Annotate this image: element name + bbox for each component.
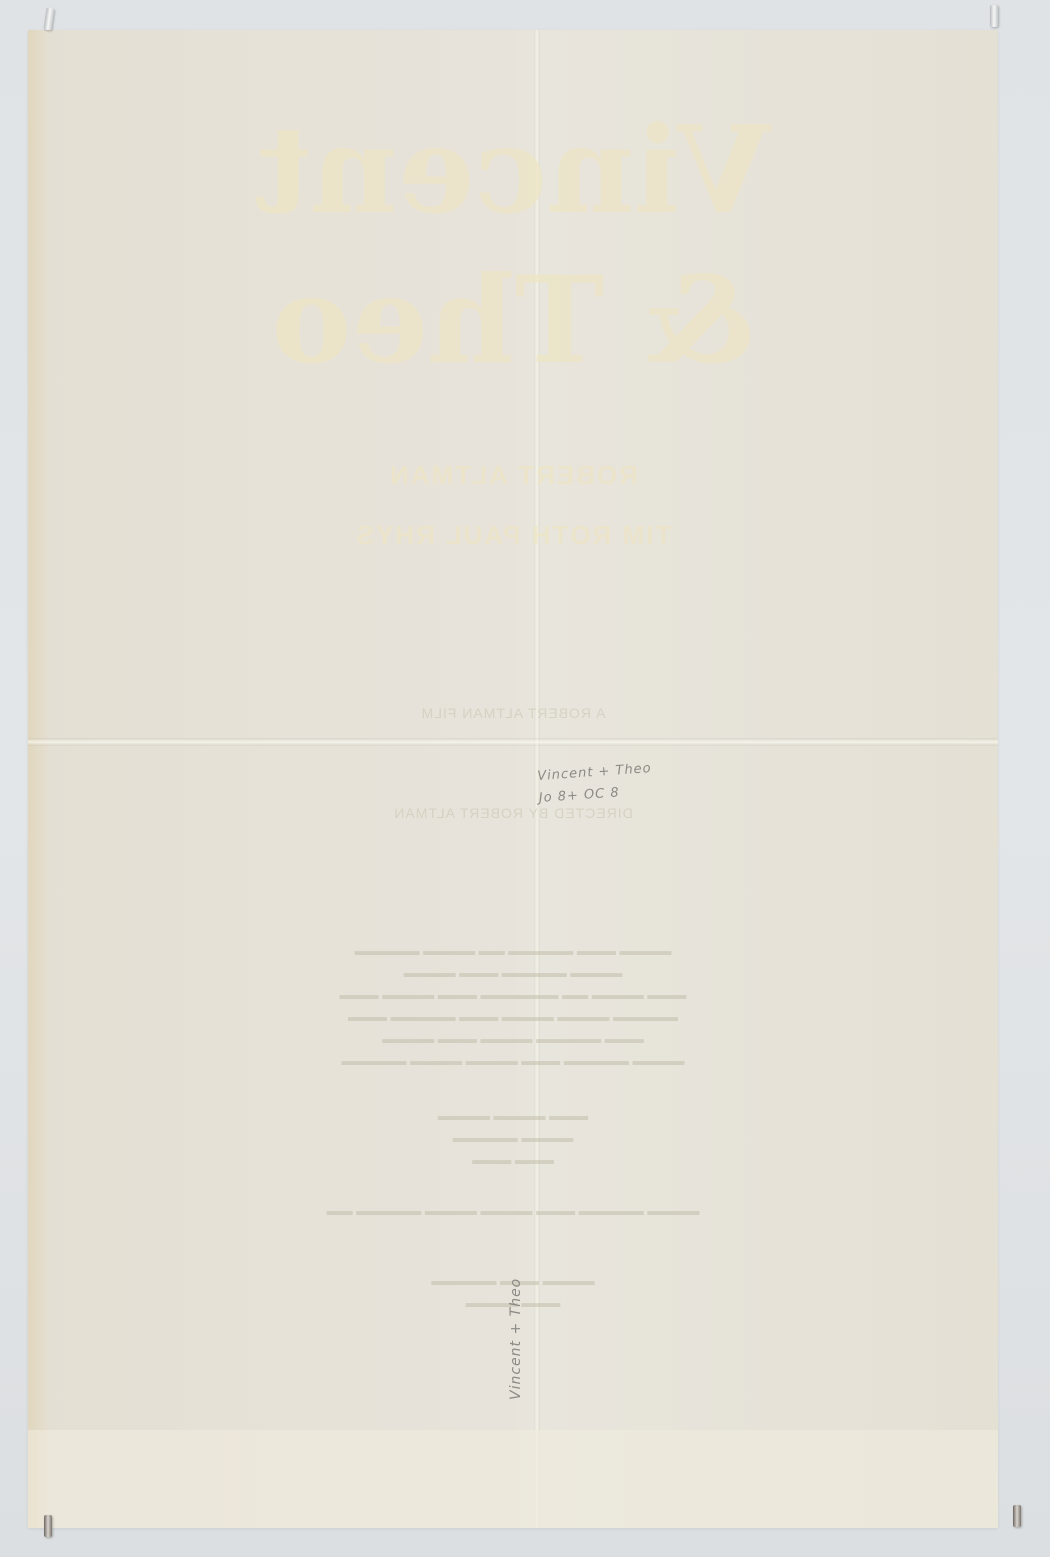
showthrough-director: DIRECTED BY ROBERT ALTMAN bbox=[28, 805, 998, 821]
clip-bottom-right bbox=[1013, 1505, 1021, 1527]
handwritten-note-top: Vincent + Theo Jo 8+ OC 8 bbox=[537, 758, 654, 810]
horizontal-fold bbox=[28, 738, 998, 746]
showthrough-title-line1: Vincent bbox=[28, 100, 998, 241]
showthrough-cast-line1: TIM ROTH PAUL RHYS bbox=[28, 520, 998, 551]
showthrough-paragraph-3: ▬▬▬▬ ▬▬▬▬▬ ▬▬▬ ▬▬▬▬ ▬▬▬▬ ▬▬▬▬▬ ▬▬ bbox=[28, 1200, 998, 1222]
showthrough-cast-line2: ROBERT ALTMAN bbox=[28, 460, 998, 491]
showthrough-paragraph: ▬▬▬▬ ▬▬▬ ▬▬▬▬▬ ▬▬ ▬▬▬▬ ▬▬▬▬▬▬▬▬▬ ▬▬▬▬▬ ▬… bbox=[28, 940, 998, 1072]
handwritten-note-bottom: Vincent + Theo bbox=[508, 1278, 524, 1400]
bottom-margin-band bbox=[28, 1430, 998, 1528]
showthrough-credit: A ROBERT ALTMAN FILM bbox=[28, 705, 998, 721]
showthrough-title-line2: & Theo bbox=[28, 250, 998, 391]
clip-top-left bbox=[44, 8, 55, 31]
clip-top-right bbox=[990, 5, 998, 27]
clip-bottom-left bbox=[44, 1515, 52, 1537]
showthrough-paragraph-2: ▬▬▬ ▬▬▬▬ ▬▬▬▬▬▬▬▬ ▬▬▬▬▬▬▬▬ ▬▬▬ bbox=[28, 1105, 998, 1171]
